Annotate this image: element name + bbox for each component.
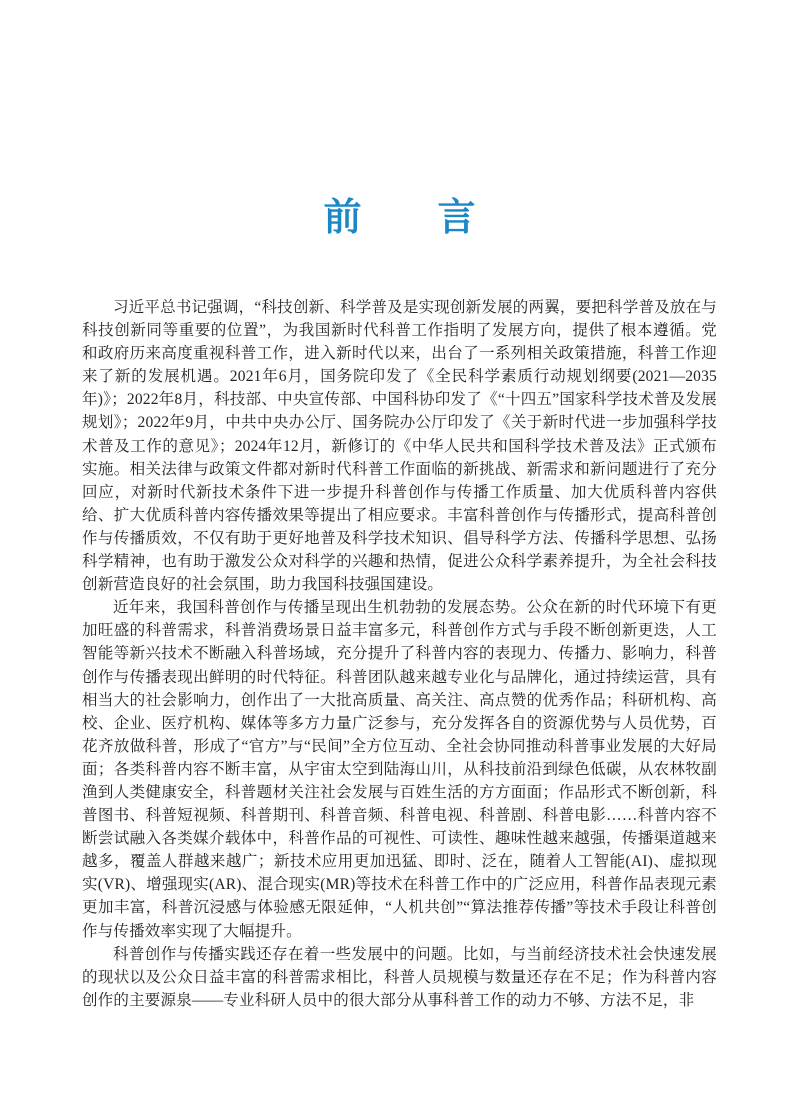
page-title: 前 言 — [0, 196, 799, 240]
paragraph-2: 近年来，我国科普创作与传播呈现出生机勃勃的发展态势。公众在新的时代环境下有更加旺… — [82, 596, 717, 942]
page-content: 习近平总书记强调，“科技创新、科学普及是实现创新发展的两翼，要把科学普及放在与科… — [82, 296, 717, 1012]
paragraph-1: 习近平总书记强调，“科技创新、科学普及是实现创新发展的两翼，要把科学普及放在与科… — [82, 296, 717, 596]
paragraph-3: 科普创作与传播实践还存在着一些发展中的问题。比如，与当前经济技术社会快速发展的现… — [82, 943, 717, 1012]
document-page: 前 言 习近平总书记强调，“科技创新、科学普及是实现创新发展的两翼，要把科学普及… — [0, 0, 799, 1113]
